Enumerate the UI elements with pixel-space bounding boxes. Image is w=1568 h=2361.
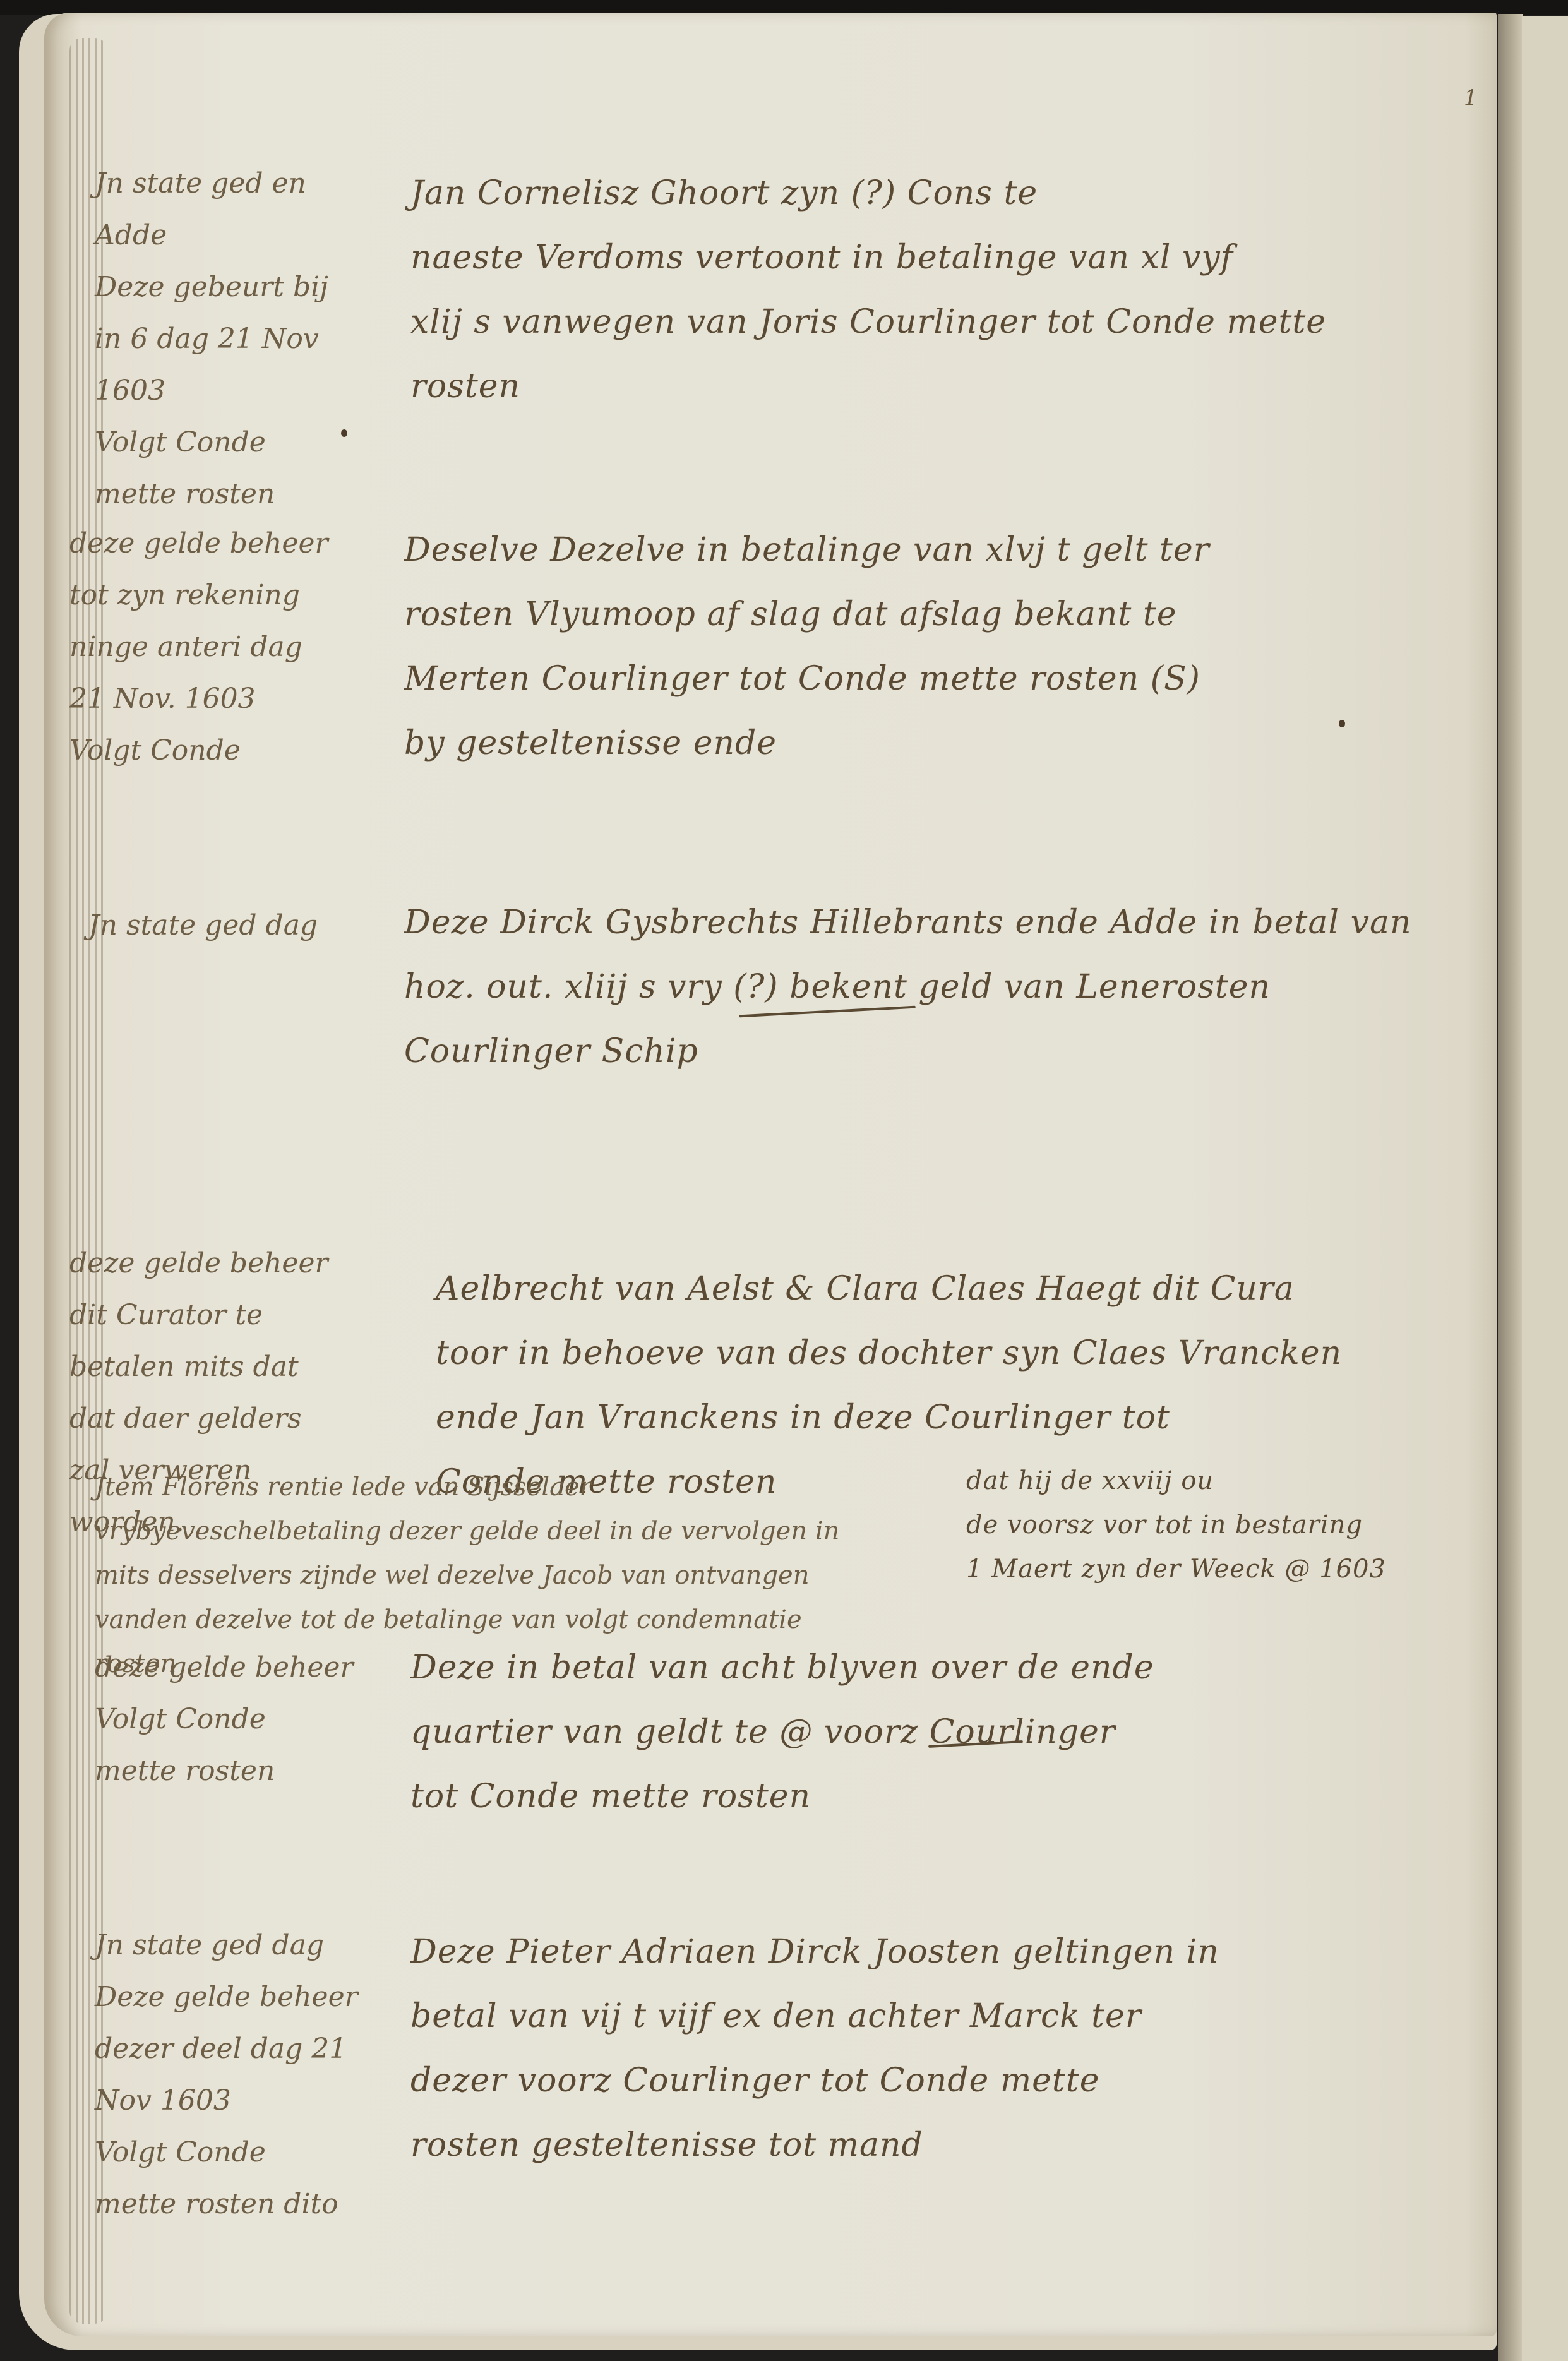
entry-line: tot Conde mette rosten — [410, 1764, 1446, 1829]
entry-line: rosten — [410, 354, 1446, 419]
margin-line: dat daer gelders — [69, 1393, 398, 1445]
margin-line: tot zyn rekening — [69, 570, 398, 621]
entry-line: xlij s vanwegen van Joris Courlinger tot… — [410, 290, 1446, 354]
entry-text-3: Deze Dirck Gysbrechts Hillebrants ende A… — [404, 890, 1440, 1084]
margin-line: Deze gelde beheer — [95, 1971, 423, 2023]
entry-line: dezer voorz Courlinger tot Conde mette — [410, 2048, 1446, 2113]
entry-line: by gesteltenisse ende — [404, 711, 1440, 775]
margin-line: betalen mits dat — [69, 1341, 398, 1393]
folio-mark: 1 — [1464, 85, 1478, 111]
facing-page-edge — [1522, 16, 1568, 2361]
entry-text-2: Deselve Dezelve in betalinge van xlvj t … — [404, 518, 1440, 775]
margin-line: mette rosten — [95, 469, 423, 520]
margin-line: Volgt Conde — [95, 417, 423, 469]
margin-line: dezer deel dag 21 — [95, 2023, 423, 2075]
margin-line: Adde — [95, 210, 423, 261]
margin-line: ninge anteri dag — [69, 621, 398, 673]
margin-note-3: Jn state ged dag — [88, 900, 417, 952]
margin-line: Jn state ged en — [95, 158, 423, 210]
margin-line: 1603 — [95, 365, 423, 417]
entry-line: Jan Cornelisz Ghoort zyn (?) Cons te — [410, 161, 1446, 225]
ink-dot — [1339, 720, 1345, 727]
margin-note-2: deze gelde beheer tot zyn rekening ninge… — [69, 518, 398, 777]
margin-line: Volgt Conde — [95, 1694, 423, 1745]
entry-line: naeste Verdoms vertoont in betalinge van… — [410, 225, 1446, 290]
entry-text-1: Jan Cornelisz Ghoort zyn (?) Cons te nae… — [410, 161, 1446, 419]
margin-line: Jn state ged dag — [88, 900, 417, 952]
entry-line: Deselve Dezelve in betalinge van xlvj t … — [404, 518, 1440, 582]
entry-text-7: Deze Pieter Adriaen Dirck Joosten geltin… — [410, 1920, 1446, 2177]
entry-line: quartier van geldt te @ voorz Courlinger — [410, 1700, 1446, 1764]
margin-note-7: Jn state ged dag Deze gelde beheer dezer… — [95, 1920, 423, 2230]
entry-line: Aelbrecht van Aelst & Clara Claes Haegt … — [436, 1257, 1471, 1321]
entry-line: betal van vij t vijf ex den achter Marck… — [410, 1984, 1446, 2048]
margin-line: Nov 1603 — [95, 2075, 423, 2127]
margin-line: deze gelde beheer — [69, 518, 398, 570]
margin-line: mette rosten — [95, 1745, 423, 1797]
margin-line: 21 Nov. 1603 — [69, 673, 398, 725]
entry-line: de voorsz vor tot in bestaring — [966, 1503, 1408, 1547]
margin-line: Deze gebeurt bij — [95, 261, 423, 313]
margin-line: Volgt Conde — [95, 2127, 423, 2179]
margin-note-6: deze gelde beheer Volgt Conde mette rost… — [95, 1642, 423, 1797]
entry-line: toor in behoeve van des dochter syn Clae… — [436, 1321, 1471, 1385]
margin-line: in 6 dag 21 Nov — [95, 313, 423, 365]
entry-line: Deze Dirck Gysbrechts Hillebrants ende A… — [404, 890, 1440, 955]
margin-line: deze gelde beheer — [69, 1238, 398, 1289]
ink-dot — [341, 429, 347, 437]
entry-line: Merten Courlinger tot Conde mette rosten… — [404, 647, 1440, 711]
book-gutter — [1498, 14, 1523, 2361]
entry-text-6: Deze in betal van acht blyven over de en… — [410, 1635, 1446, 1829]
entry-line: Courlinger Schip — [404, 1019, 1440, 1084]
margin-line: dit Curator te — [69, 1289, 398, 1341]
entry-line: hoz. out. xliij s vry (?) bekent geld va… — [404, 955, 1440, 1019]
entry-line: rosten Vlyumoop af slag dat afslag bekan… — [404, 582, 1440, 647]
entry-line: ende Jan Vranckens in deze Courlinger to… — [436, 1385, 1471, 1450]
entry-text-5: dat hij de xxviij ou de voorsz vor tot i… — [966, 1459, 1408, 1591]
margin-note-1: Jn state ged en Adde Deze gebeurt bij in… — [95, 158, 423, 520]
entry-line: Deze in betal van acht blyven over de en… — [410, 1635, 1446, 1700]
margin-line: mette rosten dito — [95, 2179, 423, 2230]
entry-line: rosten gesteltenisse tot mand — [410, 2113, 1446, 2177]
entry-line: dat hij de xxviij ou — [966, 1459, 1408, 1503]
margin-line: Jn state ged dag — [95, 1920, 423, 1971]
entry-line: Deze Pieter Adriaen Dirck Joosten geltin… — [410, 1920, 1446, 1984]
entry-line: 1 Maert zyn der Weeck @ 1603 — [966, 1547, 1408, 1591]
margin-line: deze gelde beheer — [95, 1642, 423, 1694]
margin-line: Volgt Conde — [69, 725, 398, 777]
